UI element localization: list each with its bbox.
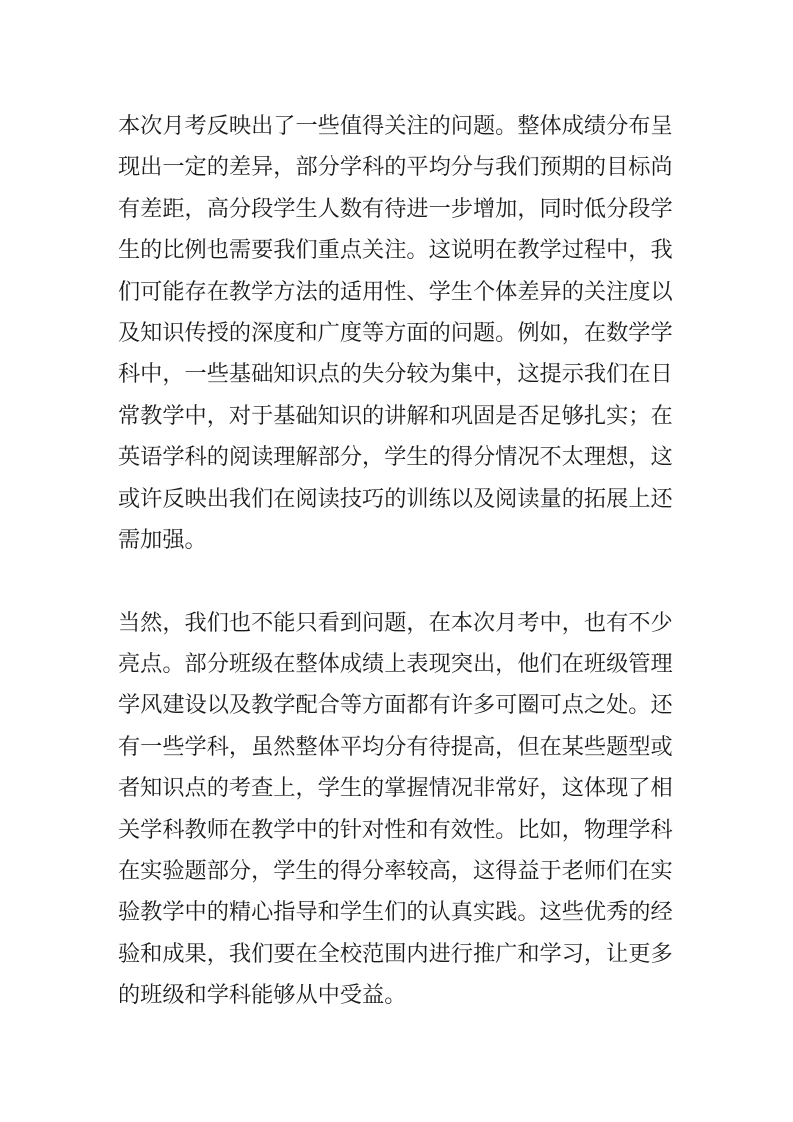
text-line: 英语学科的阅读理解部分，学生的得分情况不太理想，这	[118, 437, 678, 478]
text-line: 现出一定的差异，部分学科的平均分与我们预期的目标尚	[118, 147, 678, 188]
text-line: 需加强。	[118, 520, 678, 561]
text-line: 有差距，高分段学生人数有待进一步增加，同时低分段学	[118, 189, 678, 230]
text-line: 有一些学科，虽然整体平均分有待提高，但在某些题型或	[118, 727, 678, 768]
paragraph-issues: 本次月考反映出了一些值得关注的问题。整体成绩分布呈 现出一定的差异，部分学科的平…	[118, 106, 678, 561]
text-line: 科中，一些基础知识点的失分较为集中，这提示我们在日	[118, 354, 678, 395]
text-line: 者知识点的考查上，学生的掌握情况非常好，这体现了相	[118, 768, 678, 809]
document-page: 本次月考反映出了一些值得关注的问题。整体成绩分布呈 现出一定的差异，部分学科的平…	[118, 106, 678, 1017]
text-line: 当然，我们也不能只看到问题，在本次月考中，也有不少	[118, 603, 678, 644]
text-line: 或许反映出我们在阅读技巧的训练以及阅读量的拓展上还	[118, 479, 678, 520]
text-line: 亮点。部分班级在整体成绩上表现突出，他们在班级管理	[118, 644, 678, 685]
text-line: 学风建设以及教学配合等方面都有许多可圈可点之处。还	[118, 685, 678, 726]
text-line: 在实验题部分，学生的得分率较高，这得益于老师们在实	[118, 851, 678, 892]
text-line: 关学科教师在教学中的针对性和有效性。比如，物理学科	[118, 810, 678, 851]
text-line: 本次月考反映出了一些值得关注的问题。整体成绩分布呈	[118, 106, 678, 147]
text-line: 验教学中的精心指导和学生们的认真实践。这些优秀的经	[118, 892, 678, 933]
paragraph-highlights: 当然，我们也不能只看到问题，在本次月考中，也有不少 亮点。部分班级在整体成绩上表…	[118, 603, 678, 1017]
text-line: 验和成果，我们要在全校范围内进行推广和学习，让更多	[118, 934, 678, 975]
text-line: 生的比例也需要我们重点关注。这说明在教学过程中，我	[118, 230, 678, 271]
text-line: 们可能存在教学方法的适用性、学生个体差异的关注度以	[118, 272, 678, 313]
text-line: 的班级和学科能够从中受益。	[118, 975, 678, 1016]
text-line: 及知识传授的深度和广度等方面的问题。例如，在数学学	[118, 313, 678, 354]
text-line: 常教学中，对于基础知识的讲解和巩固是否足够扎实；在	[118, 396, 678, 437]
